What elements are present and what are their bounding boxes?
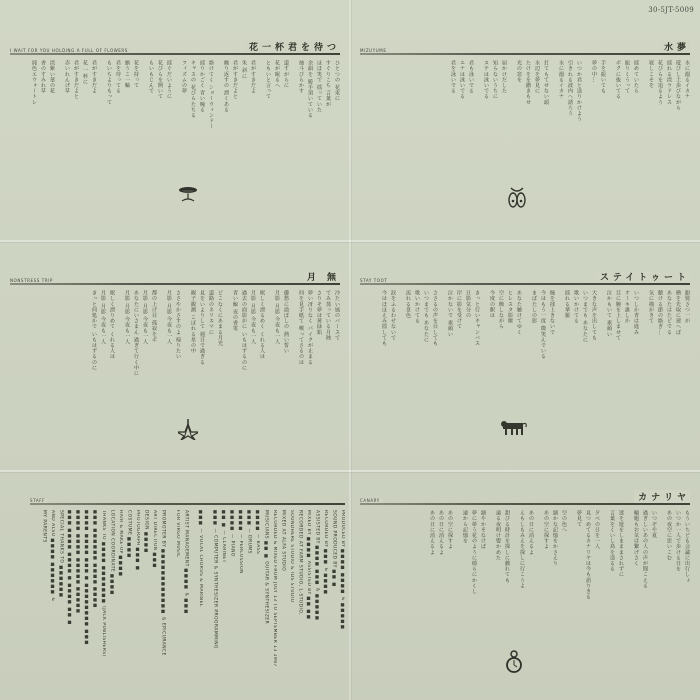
credit-line: MUSICIANS ■■ ■ GUITAR & SYNTHESIZER (262, 510, 269, 667)
star-figure-icon (178, 418, 202, 442)
lyric-line: えもしもみえを探しに行こうよ (518, 510, 525, 600)
lyric-line: ボクに抜いてる (614, 60, 621, 122)
lyric-line: 揺ぐだいように (165, 60, 172, 129)
lyric-line: 揃うこ一輪 (123, 60, 130, 129)
lyric-line: 細やかそなけば (479, 510, 486, 600)
twin-lotus-icon (505, 186, 529, 210)
lyric-line: 赤いれんげ草 (63, 60, 70, 129)
lyric-sheet: 30-5JT-5009 I WAIT FOR YOU HOLDING A FUL… (0, 0, 700, 700)
lion-beast-icon (500, 420, 524, 444)
lyric-line: 君がすきだよ (90, 60, 97, 129)
lyric-line: 眠しく漂りめて くれる人は (108, 290, 115, 376)
lyric-line: いつしか青は進み (632, 290, 639, 359)
credit-line: SOUNDHERE STUDIO & IDS STUDIO (288, 510, 295, 667)
credit-line: PROMOTER BY ■■■■■■■■■■■■ & EPICURANCE (159, 510, 166, 667)
credit-line: ■■■ ■■■■■■ ■■■■ ■■■■ (91, 510, 98, 667)
lyric-line: 道路のネリスマに (207, 290, 214, 376)
lyric-line: 抽斗びらかす (297, 60, 304, 129)
lyric-line: ささやかさすのよ 帰りたい (174, 290, 181, 376)
lyrics-columns: 冷たい風のパースででみ蒸っている月蝕さりそ夢は黄緑鉛夢い冴りなく バイクが止まる… (90, 290, 340, 376)
credit-line: PHOTOGRAPH ■■■ ■ (134, 510, 141, 667)
lyric-line: 揺れる華羅 (563, 290, 570, 359)
credit-line: MIXED AT ALFA STUDIO (279, 510, 286, 667)
header-rule (10, 283, 340, 285)
lyric-line: 淡紫い菫の花 (48, 60, 55, 129)
lyric-line: 知らないうちに (491, 60, 498, 122)
credits-columns: PRODUCED BY ■■■■ ■■■■ & ■■■■■SOUND PRODU… (40, 510, 345, 667)
lyric-line: ささるの声を目しても (431, 290, 438, 359)
lyric-line: フィズムの夢 (180, 60, 187, 129)
panel-header: STAY TOOT ステイトゥート (360, 270, 690, 292)
lyric-line: 泣かないで 素顔い (446, 290, 453, 359)
lyric-line: 空に飾しながら (497, 290, 504, 359)
lyric-line: あなた触けてゆく (515, 290, 522, 359)
lyric-line: 青い鯨 夜の香電 (231, 290, 238, 376)
lyric-line: 夢見て (575, 510, 582, 600)
lyric-line: 夢い冴りなく バイクが止まる (306, 290, 313, 376)
credit-line: ■■■ — VOCAL CHORUS & MARIBEL (197, 510, 204, 667)
lyric-line: 君がすきだよと (72, 60, 79, 129)
lyric-line: 香のすみれ草 (39, 60, 46, 129)
lyric-line: あなたにいさまん 過ぎて行く中に (132, 290, 139, 376)
lyric-line: 今はほほえみ揺しても (380, 290, 387, 359)
lyric-line: あの日に消えるよ (428, 510, 435, 600)
credit-line: COSTUME ■■■■ (125, 510, 132, 667)
lyric-line: きっと行いキャンバス (473, 290, 480, 359)
credit-line: ASSISTED BY ■■■■ ■■■ & ■■■■■ (313, 510, 320, 667)
lyric-line: 君がすきだよ (249, 60, 256, 129)
lyric-line: 打てもてせない頭 (542, 60, 549, 122)
credit-line (168, 510, 172, 667)
lyric-line: 輪題もお気は繋げさく (632, 510, 639, 600)
credit-line: PRODUCED BY ■■■■ ■■■■ & ■■■■■ (339, 510, 346, 667)
lyric-line: エナは泳いでる (458, 60, 465, 122)
lyric-line: 歌いかけてる (572, 290, 579, 359)
lyric-line: すぐりこち 言葉が (324, 60, 331, 129)
lyric-line: 空の色へ (560, 510, 567, 600)
lyric-line: 過ぎしいあの人の声が聞こえる (641, 510, 648, 600)
credit-line: FOR VIRGO MUSIC (174, 510, 181, 667)
lyric-line: 見をいよりして 週日で過ぎる (198, 290, 205, 376)
panel-subtitle: MIZUYUME (360, 48, 389, 53)
lyrics-columns: 銀髪さつ一が横を先取に建へばあなたはたどでる聴ける節の絡ぎ...気に描がきていつ… (380, 290, 690, 359)
lyric-line: 日影気分の (464, 290, 471, 359)
lyric-line: 花 一杯に (81, 60, 88, 129)
lyrics-columns: ひとつの 花束にすぐりこち 言葉がほほ笑で 揺っていた余韻を 勝手頂いている抽斗… (30, 60, 340, 129)
lyric-line: 余韻を 勝手頂いている (306, 60, 313, 129)
vertical-fold (349, 0, 351, 700)
lyric-line: 夢に夢う花のように綺らにかくし (470, 510, 477, 600)
pedestal-bowl-icon (176, 185, 200, 209)
header-rule (30, 503, 345, 505)
lyric-line: もういちども会議に出行しょ (683, 510, 690, 600)
credit-line: HAIR & MAKE-UP ■■■■ (117, 510, 124, 667)
lyrics-columns: もういちども会議に出行しょいつか一人で歩ける日をあの夜空に思いこむいつぞや夏過ぎ… (428, 510, 690, 600)
lyric-line: 冷たい風のパースで (333, 290, 340, 376)
panel-header: MIZUYUME 水夢 (360, 40, 690, 62)
credit-line: ■■■■ — BASS (254, 510, 261, 667)
lyric-line: いつか君と送りかけよう (575, 60, 582, 122)
lyric-line: まばたしの影 (530, 290, 537, 359)
lyric-line: 繰り返すの 漂くある (222, 60, 229, 129)
credit-line: ■■■■ — PIANO (228, 510, 235, 667)
credit-line: RECORDED AT FARM STUDIO, L-STUDIO, (296, 510, 303, 667)
credit-line: ■■ ■ — CLARINET (220, 510, 227, 667)
lyric-line: ヒレスタ影塵 (506, 290, 513, 359)
credit-line: AND ALSO ■■■■ ■■■■■■ & (49, 510, 56, 667)
lyric-line: 涙をふるわせないで (389, 290, 396, 359)
panel-subtitle: I WAIT FOR YOU HOLDING A FULL OF FLOWERS (10, 48, 131, 53)
lyric-line: 花が眠るへ (273, 60, 280, 129)
pocket-watch-icon (505, 650, 529, 674)
lyric-line: 細かな記憶をかさえり (551, 510, 558, 600)
lyric-line: 花を持って (132, 60, 139, 129)
lyric-line: 過去の面影がに いもはずるのに (240, 290, 247, 376)
credit-line: ■■■■ ■■■■ ■■■■■ ■■■■■ (74, 510, 81, 667)
panel-header: CANARY カナリヤ (360, 490, 690, 512)
panel-header: STAFF (30, 490, 345, 512)
lyric-line: 引きれる波内へ誘ろう (566, 60, 573, 122)
lyric-line: 都の上げ目 孤寂をボ (150, 290, 157, 376)
panel-hana-ippai: I WAIT FOR YOU HOLDING A FULL OF FLOWERS… (10, 40, 340, 250)
panel-subtitle: STAY TOOT (360, 278, 390, 283)
credit-line: LOCATION COORDINATE ■■■■ (108, 510, 115, 667)
panel-tsukikage: NONSTRESS TRIP 月 無 冷たい風のパースででみ蒸っている月蝕さりそ… (10, 270, 340, 480)
credit-line: SPECIAL THANKS TO ■■■■■■ (57, 510, 64, 667)
header-rule (360, 53, 690, 55)
lyric-line: 届かけだした (500, 60, 507, 122)
lyric-line: 月影 月影 今夜も一人 (249, 290, 256, 376)
panel-staff-credits: STAFF PRODUCED BY ■■■■ ■■■■ & ■■■■■SOUND… (30, 490, 345, 690)
credit-line: ■■■ — DRUMS (245, 510, 252, 667)
lyric-line: 揺めていたら (632, 60, 639, 122)
lyric-line: いつか一人で歩ける日を (674, 510, 681, 600)
lyric-line: 今度の駅は (488, 290, 495, 359)
lyric-line: 花びらを追るよう (656, 60, 663, 122)
lyric-line: 手を振いても (599, 60, 606, 122)
lyric-line: たけをを撒きもせ (524, 60, 531, 122)
lyric-line: 観子観測 こぼれる星の中 (189, 290, 196, 376)
lyric-line: 道すがらに (282, 60, 289, 129)
lyric-line: もいちよりもって (105, 60, 112, 129)
lyric-line: どこなくにあまる月光 (216, 290, 223, 376)
lyric-line: 遊びし土歩びながら (674, 60, 681, 122)
lyric-line: 純色エウォートレ (30, 60, 37, 129)
lyric-line: 夢の中... (590, 60, 597, 122)
panel-title: カナリヤ (634, 490, 690, 503)
lyric-line: 迷を遊をしまままされずに (617, 510, 624, 600)
lyric-line: 優愁に溢ぼしの 熱い誓い (282, 290, 289, 376)
credit-line: RECORDED BY ■■■ & ■■■■ (322, 510, 329, 667)
lyric-line: さりそ夢は黄緑鉛 (315, 290, 322, 376)
lyric-line: 歌いかけてる (413, 290, 420, 359)
panel-title: 花一杯君を待つ (245, 40, 340, 53)
lyric-line: 流れる景色 (404, 290, 411, 359)
lyric-line: 月影 月影 今夜も一人 (141, 290, 148, 376)
lyric-line: 月影 月影 今夜も一人 (273, 290, 280, 376)
lyric-line: あなたはたどでる (665, 290, 672, 359)
credit-line: ■■■ ■■■■ ■■■■ ■ ■■■■ ■■ ■ (66, 510, 73, 667)
credit-line (205, 510, 209, 667)
lyric-line: 見つめてるカナリヤは今も語りきる (584, 510, 591, 600)
lyric-line: 月影 月影 今夜も一人 (99, 290, 106, 376)
credit-line: RECORDED & MIXED FROM JULY 13 TO SEPTEMB… (271, 510, 278, 667)
lyric-line: 眠しく漂るめく くれる人は (258, 290, 265, 376)
credit-line: MIXED BY ■■■■ ASSISTED BY ■■ ■■ (305, 510, 312, 667)
credit-line: ■■■■ ■■■■ ■■■ ■ ■■■■■■■■ ■■■ (83, 510, 90, 667)
lyric-line: キャスの 花びらたちる (189, 60, 196, 129)
lyric-line: 何を見手紙て 喉ってさるのは (297, 290, 304, 376)
lyric-line: 気に描がきて (647, 290, 654, 359)
lyric-line: 聴ける節の絡ぎ... (656, 290, 663, 359)
lyric-line: 今はもう一度 微笑んでいる (539, 290, 546, 359)
panel-subtitle: NONSTRESS TRIP (10, 278, 56, 283)
lyric-line: 揺りかごく 青い瞳る (198, 60, 205, 129)
lyrics-columns: 水に溺るイカナ遊びし土歩びながら揺れる淡ラドレス花びらを追るよう寝しこそを揺めて… (449, 60, 690, 122)
lyric-line: 君を待ってる (114, 60, 121, 129)
credit-line: ■■■■ — PERCUSSION (237, 510, 244, 667)
lyric-line: 月影 月影 今夜も一人 (123, 290, 130, 376)
panel-header: NONSTRESS TRIP 月 無 (10, 270, 340, 292)
lyric-line: 夕べの日を一人 (593, 510, 600, 600)
panel-header: I WAIT FOR YOU HOLDING A FULL OF FLOWERS… (10, 40, 340, 62)
lyric-line: ステは泳いでる (482, 60, 489, 122)
credit-line (191, 510, 195, 667)
lyric-line: 花びらを開いて (156, 60, 163, 129)
credit-line: SOUND PRODUCED BY ■■ ■ (330, 510, 337, 667)
lyric-line: 泣かもいて 素顔い (605, 290, 612, 359)
lyric-line: 岸に影を受けて (455, 290, 462, 359)
credit-line: THANKS TO ■■■■ ■■■■■■■ (JACK PUBLISHERS) (100, 510, 107, 667)
lyric-line: 遠る夜明け嬰かめた (494, 510, 501, 600)
lyric-line: 朱 斜に (240, 60, 247, 129)
lyric-line: あの日に消えるよ (437, 510, 444, 600)
lyric-line: 揺れる淡ラドレス (665, 60, 672, 122)
header-rule (360, 503, 690, 505)
lyric-line: 銀髪さつ一が (683, 290, 690, 359)
lyric-line: いつまでも あなたに (422, 290, 429, 359)
panel-subtitle: STAFF (30, 498, 48, 503)
lyric-line: ほほ笑で 揺っていた (315, 60, 322, 129)
header-rule (10, 53, 340, 55)
credit-line: MY PARENTS (40, 510, 47, 667)
lyric-line: あの空に探すよ (446, 510, 453, 600)
credit-line: ARTIST MANAGEMENT ■■■■ & ■■■ (182, 510, 189, 667)
lyric-line: 君も泳いでる (467, 60, 474, 122)
panel-mizuyume: MIZUYUME 水夢 水に溺るイカナ遊びし土歩びながら揺れる淡ラドレス花びらを… (360, 40, 690, 250)
lyric-line: 月影 月影 今夜も一人 (165, 290, 172, 376)
lyric-line: きっと何処かで いもはずるのに (90, 290, 97, 376)
lyric-line: あの日に消えるよ (527, 510, 534, 600)
lyric-line: 君がすきだよと (231, 60, 238, 129)
credit-line: DESIGN ■■■■ (142, 510, 149, 667)
lyric-line: でみ蒸っている月蝕 (324, 290, 331, 376)
lyric-line: いつぞや夏 (650, 510, 657, 600)
lyric-line: 大きな声を出しても (590, 290, 597, 359)
lyric-line: 横を先取に建へば (674, 290, 681, 359)
lyric-line: 甜びる時計を探しに戯れても (503, 510, 510, 600)
lyric-line: 水に溺るイカナ (683, 60, 690, 122)
lyric-line: 目に腕を上しませて (614, 290, 621, 359)
lyric-line: 言葉をくいし鳥を送るる (608, 510, 615, 600)
lyric-line: 水に溺るイカナ (557, 60, 564, 122)
lyric-line: 水辺を夢見に (533, 60, 540, 122)
lyric-line: あの空に探すよ (542, 510, 549, 600)
panel-stay-toot: STAY TOOT ステイトゥート 銀髪さつ一が横を先取に建へばあなたはたどでる… (360, 270, 690, 480)
panel-subtitle: CANARY (360, 498, 383, 503)
panel-title: 月 無 (303, 270, 340, 283)
lyric-line: 遠から記憶を (461, 510, 468, 600)
header-rule (360, 283, 690, 285)
lyric-line: ひとつの 花束に (333, 60, 340, 129)
lyric-line: 振りくうって (623, 60, 630, 122)
lyric-line: いつまでも あなたに (581, 290, 588, 359)
credit-line: ART DIRECTION ■■■ (151, 510, 158, 667)
lyric-line: 絡けてく ショーウィンドー (207, 60, 214, 129)
lyric-line: 寝しこそを (647, 60, 654, 122)
panel-title: ステイトゥート (596, 270, 690, 283)
lyric-line: あの夜空に思いこむ (665, 510, 672, 600)
lyric-line: ともいと言って (264, 60, 271, 129)
lyric-line: 君を泳いでる (449, 60, 456, 122)
lyric-line: 光の窓を (515, 60, 522, 122)
panel-title: 水夢 (660, 40, 690, 53)
lyric-line: オーキ誰しか (623, 290, 630, 359)
credit-line: ■■■ — COMPUTER & SYNTHESIZER PROGRAMMING (211, 510, 218, 667)
catalog-number: 30-5JT-5009 (648, 6, 694, 14)
lyric-line: もいもじんで (147, 60, 154, 129)
lyric-line: 瞳を揉上きないで (548, 290, 555, 359)
